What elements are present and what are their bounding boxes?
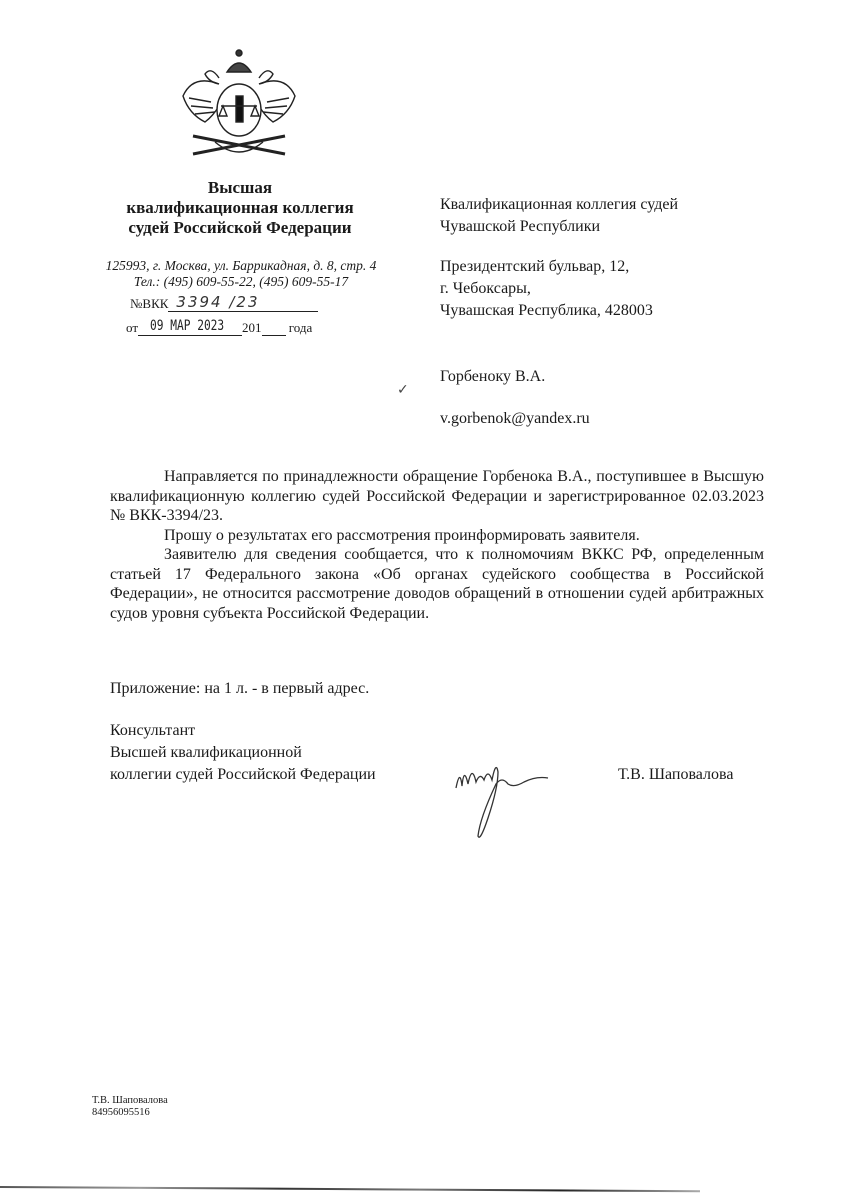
recipient-org-line: Квалификационная коллегия судей <box>440 194 678 216</box>
signer-name: Т.В. Шаповалова <box>618 766 733 784</box>
org-name-line-1: Высшая <box>90 178 390 198</box>
recipient-org-line: Чувашской Республики <box>440 216 678 238</box>
executor-name: Т.В. Шаповалова <box>92 1095 168 1107</box>
body-paragraph: Прошу о результатах его рассмотрения про… <box>110 526 764 546</box>
recipient-address: Президентский бульвар, 12, г. Чебоксары,… <box>440 256 653 322</box>
date-year-prefix: 201 <box>242 320 262 335</box>
attachment-note: Приложение: на 1 л. - в первый адрес. <box>110 680 369 698</box>
date-line: от09 МАР 2023201 года <box>126 320 366 336</box>
body-paragraph: Заявителю для сведения сообщается, что к… <box>110 545 764 623</box>
signer-title-line: Высшей квалификационной <box>110 742 376 764</box>
executor-phone: 84956095516 <box>92 1107 168 1119</box>
signer-title-line: Консультант <box>110 720 376 742</box>
reg-number-handwritten: 3394 /23 <box>176 293 259 311</box>
signer-title: Консультант Высшей квалификационной колл… <box>110 720 376 786</box>
recipient-address-line: г. Чебоксары, <box>440 278 653 300</box>
check-mark-icon: ✓ <box>397 382 409 398</box>
registration-number-line: №ВКК3394 /23 <box>130 296 350 312</box>
org-name-line-2: квалификационная коллегия <box>90 198 390 218</box>
date-suffix: года <box>289 320 313 335</box>
letter-body: Направляется по принадлежности обращение… <box>110 467 764 623</box>
executor-info: Т.В. Шаповалова 84956095516 <box>92 1095 168 1119</box>
recipient-address-line: Президентский бульвар, 12, <box>440 256 653 278</box>
body-paragraph: Направляется по принадлежности обращение… <box>110 467 764 526</box>
date-stamp: 09 МАР 2023 <box>150 318 224 334</box>
reg-prefix: №ВКК <box>130 296 168 311</box>
handwritten-signature-icon <box>452 758 562 848</box>
emblem-icon <box>175 44 303 164</box>
date-prefix: от <box>126 320 138 335</box>
org-phone: Тел.: (495) 609-55-22, (495) 609-55-17 <box>76 274 406 290</box>
org-name-line-3: судей Российской Федерации <box>90 218 390 238</box>
recipient-email: v.gorbenok@yandex.ru <box>440 408 590 430</box>
recipient-person: Горбеноку В.А. <box>440 366 545 388</box>
recipient-org: Квалификационная коллегия судей Чувашско… <box>440 194 678 238</box>
scan-edge-divider <box>0 1186 700 1192</box>
org-name: Высшая квалификационная коллегия судей Р… <box>90 178 390 238</box>
org-address: 125993, г. Москва, ул. Баррикадная, д. 8… <box>76 258 406 290</box>
signer-title-line: коллегии судей Российской Федерации <box>110 764 376 786</box>
recipient-address-line: Чувашская Республика, 428003 <box>440 300 653 322</box>
org-street-address: 125993, г. Москва, ул. Баррикадная, д. 8… <box>76 258 406 274</box>
